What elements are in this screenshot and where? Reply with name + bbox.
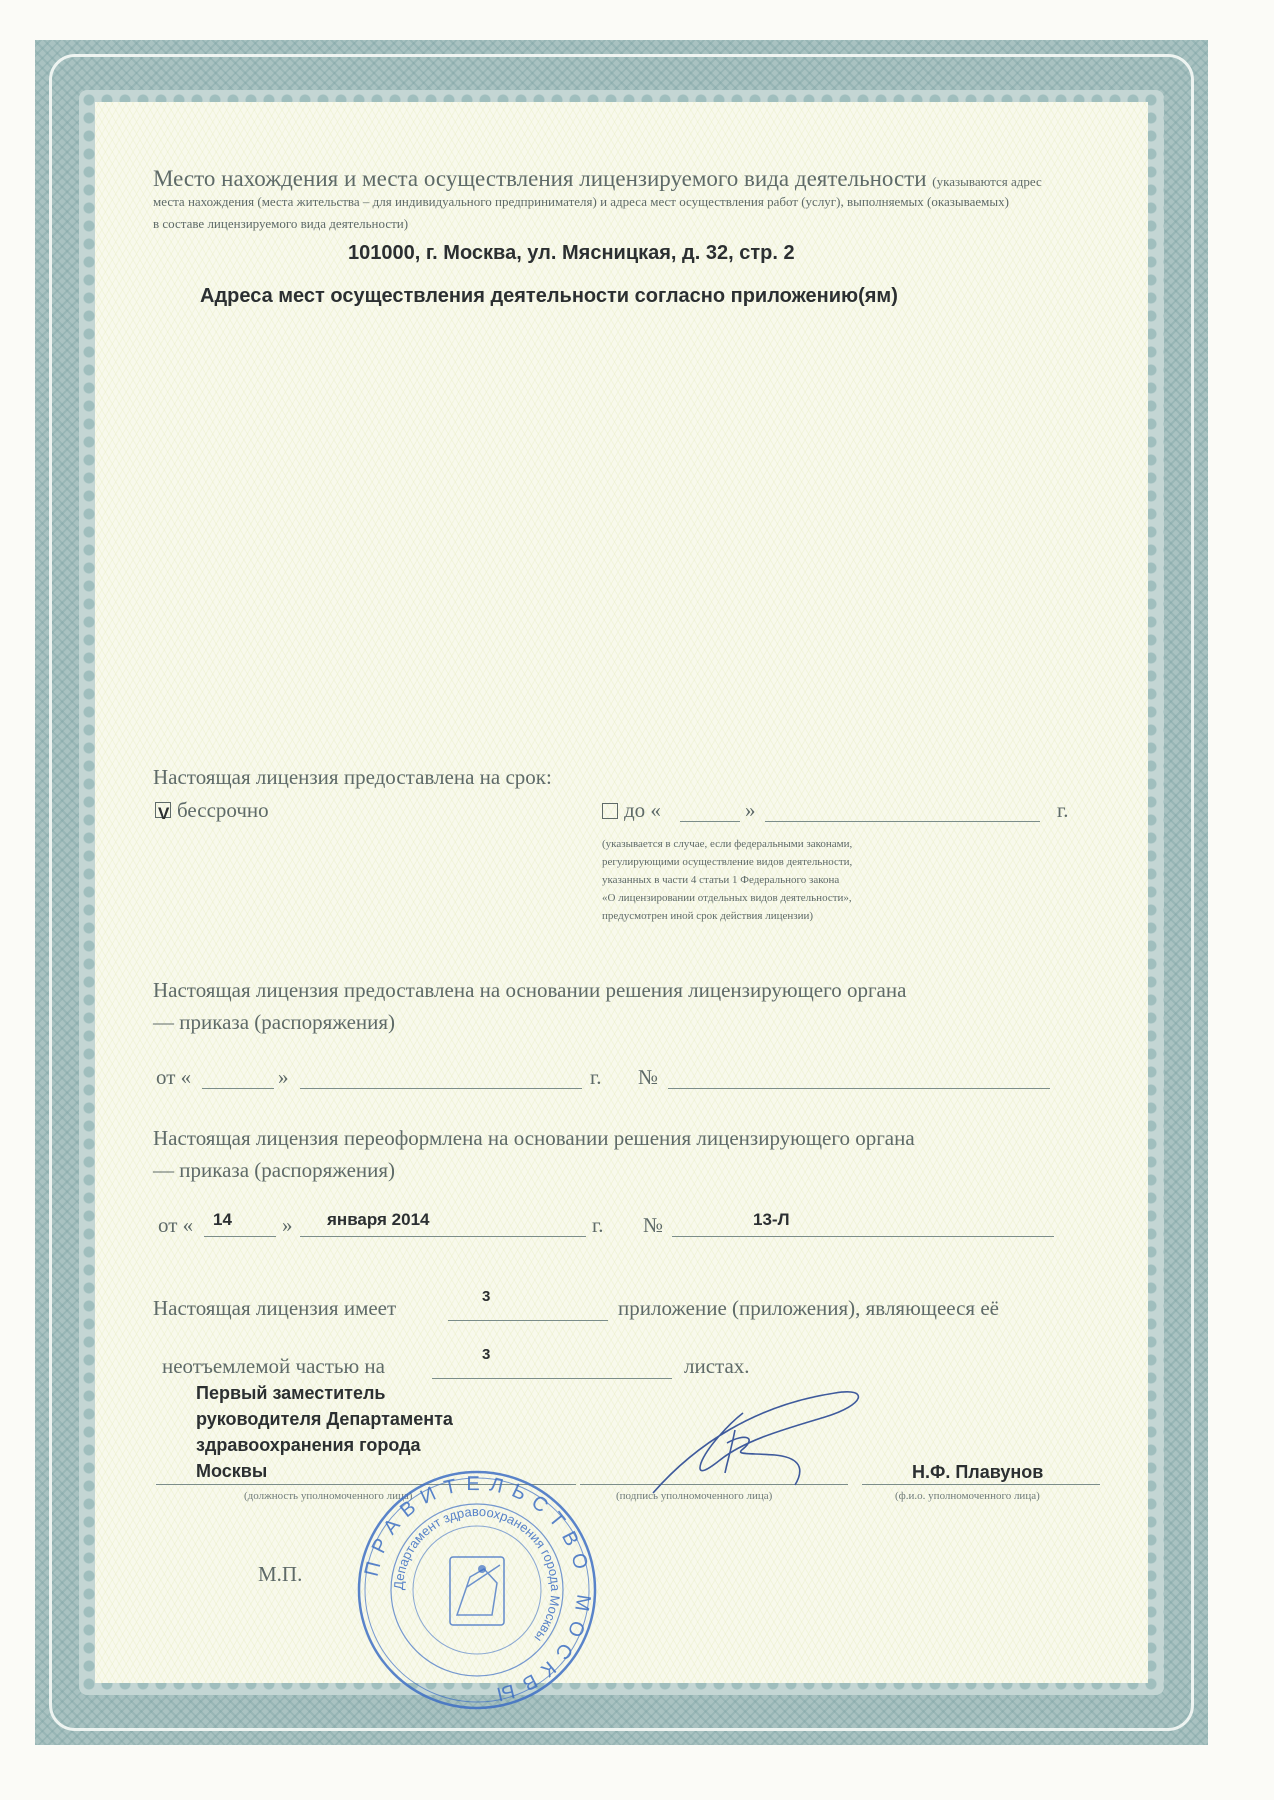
reissued-number-field[interactable] (672, 1236, 1054, 1237)
reissued-line2: — приказа (распоряжения) (153, 1158, 395, 1183)
address-value: 101000, г. Москва, ул. Мясницкая, д. 32,… (348, 242, 795, 265)
signatory-position-2: здравоохранения города (196, 1435, 421, 1456)
annexes-sheets-value: 3 (482, 1346, 490, 1363)
signatory-position-0: Первый заместитель (196, 1383, 385, 1404)
granted-line2: — приказа (распоряжения) (153, 1010, 395, 1035)
until-day-line[interactable] (680, 821, 740, 822)
term-note-4: предусмотрен иной срок действия лицензии… (602, 910, 813, 922)
name-line (862, 1484, 1100, 1485)
term-note-1: регулирующими осуществление видов деятел… (602, 856, 852, 868)
annexes-count-field[interactable] (448, 1320, 608, 1321)
location-heading: Место нахождения и места осуществления л… (153, 166, 1042, 192)
granted-from-label: от « (156, 1065, 191, 1090)
term-label: Настоящая лицензия предоставлена на срок… (153, 765, 552, 790)
reissued-close-quote: » (282, 1213, 293, 1238)
granted-close-quote: » (278, 1065, 289, 1090)
reissued-number-sign: № (643, 1213, 663, 1238)
signature-icon (635, 1375, 885, 1505)
until-date-line[interactable] (765, 821, 1040, 822)
seal-label: М.П. (258, 1562, 302, 1587)
granted-date-field[interactable] (300, 1088, 582, 1089)
term-note-0: (указывается в случае, если федеральными… (602, 838, 852, 850)
seal-stamp-icon: ПРАВИТЕЛЬСТВО МОСКВЫ Департамент здравоо… (352, 1465, 602, 1715)
granted-line1: Настоящая лицензия предоставлена на осно… (153, 978, 906, 1003)
signatory-name: Н.Ф. Плавунов (912, 1462, 1043, 1483)
term-note-3: «О лицензировании отдельных видов деятел… (602, 892, 852, 904)
term-until-option[interactable]: до « » г. (602, 798, 1082, 828)
signatory-position-1: руководителя Департамента (196, 1409, 453, 1430)
until-label: до « (624, 798, 661, 823)
granted-day-field[interactable] (202, 1088, 274, 1089)
annexes-line2-prefix: неотъемлемой частью на (162, 1354, 385, 1379)
until-year-suffix: г. (1057, 798, 1069, 823)
granted-number-field[interactable] (668, 1088, 1050, 1089)
term-indefinite-option[interactable]: V бессрочно (155, 798, 315, 828)
location-note-part1: (указываются адрес (932, 174, 1041, 189)
reissued-line1: Настоящая лицензия переоформлена на осно… (153, 1126, 915, 1151)
location-note-line2: места нахождения (места жительства – для… (153, 194, 1009, 210)
until-close-quote: » (745, 798, 756, 823)
name-caption: (ф.и.о. уполномоченного лица) (895, 1490, 1040, 1502)
annexes-line1-prefix: Настоящая лицензия имеет (153, 1296, 396, 1321)
reissued-year-suffix: г. (592, 1213, 604, 1238)
granted-number-sign: № (638, 1065, 658, 1090)
granted-year-suffix: г. (590, 1065, 602, 1090)
reissued-day-field[interactable] (204, 1236, 276, 1237)
reissued-day-value: 14 (213, 1210, 232, 1230)
activity-addresses-value: Адреса мест осуществления деятельности с… (200, 285, 898, 308)
check-mark-icon: V (158, 804, 169, 824)
signatory-position-3: Москвы (196, 1461, 267, 1482)
reissued-date-field[interactable] (300, 1236, 586, 1237)
seal-inner-text: Департамент здравоохранения города Москв… (391, 1504, 563, 1645)
until-checkbox[interactable] (602, 803, 618, 819)
reissued-month-year-value: января 2014 (327, 1210, 430, 1230)
reissued-from-label: от « (158, 1213, 193, 1238)
svg-text:Департамент здравоохранения го: Департамент здравоохранения города Москв… (391, 1504, 563, 1645)
term-note-2: указанных в части 4 статьи 1 Федеральног… (602, 874, 839, 886)
location-note-line3: в составе лицензируемого вида деятельнос… (153, 216, 408, 232)
indefinite-label: бессрочно (177, 798, 269, 823)
annexes-line1-suffix: приложение (приложения), являющееся её (618, 1296, 999, 1321)
reissued-number-value: 13-Л (753, 1210, 790, 1230)
location-heading-text: Место нахождения и места осуществления л… (153, 166, 927, 191)
annexes-count-value: 3 (482, 1288, 490, 1305)
